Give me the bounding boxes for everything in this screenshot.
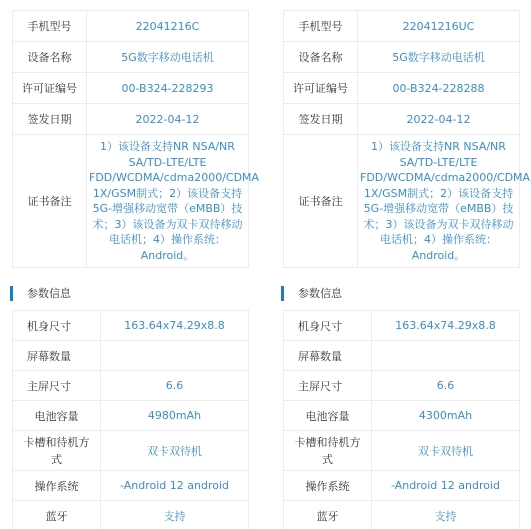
row-label: 手机型号 (284, 11, 358, 42)
table-row: 签发日期2022-04-12 (13, 104, 249, 135)
cert-note: 1）该设备支持NR NSA/NR SA/TD-LTE/LTE FDD/WCDMA… (87, 135, 249, 268)
note-line: Android。 (360, 248, 517, 264)
row-value: 00-B324-228293 (87, 73, 249, 104)
table-row: 证书备注 1）该设备支持NR NSA/NR SA/TD-LTE/LTE FDD/… (13, 135, 249, 268)
row-label: 手机型号 (13, 11, 87, 42)
table-row: 卡槽和待机方式双卡双待机 (284, 431, 520, 471)
row-value: 双卡双待机 (372, 431, 520, 471)
cert-table: 手机型号22041216UC 设备名称5G数字移动电话机 许可证编号00-B32… (283, 10, 520, 268)
table-row: 蓝牙支持 (284, 501, 520, 529)
row-value: 支持 (372, 501, 520, 529)
row-label: 蓝牙 (13, 501, 101, 529)
panel-left: 手机型号22041216C 设备名称5G数字移动电话机 许可证编号00-B324… (12, 10, 249, 529)
section-accent-bar (10, 286, 13, 301)
table-row: 设备名称5G数字移动电话机 (284, 42, 520, 73)
cert-table: 手机型号22041216C 设备名称5G数字移动电话机 许可证编号00-B324… (12, 10, 249, 268)
section-title: 参数信息 (298, 285, 342, 301)
table-row: 证书备注 1）该设备支持NR NSA/NR SA/TD-LTE/LTE FDD/… (284, 135, 520, 268)
row-label: 签发日期 (13, 104, 87, 135)
row-label: 屏幕数量 (13, 341, 101, 371)
row-label: 机身尺寸 (13, 311, 101, 341)
table-row: 电池容量4980mAh (13, 401, 249, 431)
row-value: 5G数字移动电话机 (87, 42, 249, 73)
params-table: 机身尺寸163.64x74.29x8.8 屏幕数量 主屏尺寸6.6 电池容量49… (12, 310, 249, 529)
row-label: 主屏尺寸 (13, 371, 101, 401)
params-table: 机身尺寸163.64x74.29x8.8 屏幕数量 主屏尺寸6.6 电池容量43… (283, 310, 520, 529)
note-line: 术；3）该设备为双卡双待移动 (360, 217, 517, 233)
note-line: 5G-增强移动宽带（eMBB）技 (89, 201, 246, 217)
section-accent-bar (281, 286, 284, 301)
row-value: 22041216C (87, 11, 249, 42)
row-label: 证书备注 (284, 135, 358, 268)
row-label: 证书备注 (13, 135, 87, 268)
row-label: 设备名称 (13, 42, 87, 73)
row-label-line: 式 (284, 451, 371, 468)
row-value: 163.64x74.29x8.8 (101, 311, 249, 341)
row-value: 2022-04-12 (87, 104, 249, 135)
table-row: 主屏尺寸6.6 (13, 371, 249, 401)
row-label-line: 卡槽和待机方 (13, 434, 100, 451)
note-line: 1X/GSM制式；2）该设备支持 (89, 186, 246, 202)
row-label: 操作系统 (284, 471, 372, 501)
row-value (101, 341, 249, 371)
row-label: 机身尺寸 (284, 311, 372, 341)
note-line: SA/TD-LTE/LTE (89, 155, 246, 171)
note-line: SA/TD-LTE/LTE (360, 155, 517, 171)
table-row: 操作系统-Android 12 android (13, 471, 249, 501)
row-label: 电池容量 (284, 401, 372, 431)
row-label: 签发日期 (284, 104, 358, 135)
row-value: 00-B324-228288 (358, 73, 520, 104)
row-value: 双卡双待机 (101, 431, 249, 471)
row-label-line: 式 (13, 451, 100, 468)
cert-note: 1）该设备支持NR NSA/NR SA/TD-LTE/LTE FDD/WCDMA… (358, 135, 520, 268)
row-value: -Android 12 android (101, 471, 249, 501)
table-row: 操作系统-Android 12 android (284, 471, 520, 501)
table-row: 签发日期2022-04-12 (284, 104, 520, 135)
row-label-line: 卡槽和待机方 (284, 434, 371, 451)
row-label: 许可证编号 (284, 73, 358, 104)
row-value: 5G数字移动电话机 (358, 42, 520, 73)
row-label: 主屏尺寸 (284, 371, 372, 401)
row-value: 6.6 (372, 371, 520, 401)
panel-right: 手机型号22041216UC 设备名称5G数字移动电话机 许可证编号00-B32… (283, 10, 520, 529)
row-value: 4300mAh (372, 401, 520, 431)
table-row: 机身尺寸163.64x74.29x8.8 (284, 311, 520, 341)
row-label: 蓝牙 (284, 501, 372, 529)
note-line: 5G-增强移动宽带（eMBB）技 (360, 201, 517, 217)
note-line: FDD/WCDMA/cdma2000/CDMA (89, 170, 246, 186)
row-label: 设备名称 (284, 42, 358, 73)
note-line: 术；3）该设备为双卡双待移动 (89, 217, 246, 233)
row-label: 操作系统 (13, 471, 101, 501)
row-value: -Android 12 android (372, 471, 520, 501)
section-header: 参数信息 (12, 278, 249, 310)
row-value (372, 341, 520, 371)
table-row: 设备名称5G数字移动电话机 (13, 42, 249, 73)
note-line: FDD/WCDMA/cdma2000/CDMA (360, 170, 517, 186)
row-value: 4980mAh (101, 401, 249, 431)
row-value: 22041216UC (358, 11, 520, 42)
table-row: 许可证编号00-B324-228288 (284, 73, 520, 104)
note-line: Android。 (89, 248, 246, 264)
row-value: 6.6 (101, 371, 249, 401)
row-label: 许可证编号 (13, 73, 87, 104)
row-value: 支持 (101, 501, 249, 529)
section-title: 参数信息 (27, 285, 71, 301)
table-row: 机身尺寸163.64x74.29x8.8 (13, 311, 249, 341)
table-row: 手机型号22041216C (13, 11, 249, 42)
note-line: 1）该设备支持NR NSA/NR (89, 139, 246, 155)
note-line: 电话机；4）操作系统： (89, 232, 246, 248)
row-value: 163.64x74.29x8.8 (372, 311, 520, 341)
row-label: 电池容量 (13, 401, 101, 431)
note-line: 电话机；4）操作系统： (360, 232, 517, 248)
table-row: 许可证编号00-B324-228293 (13, 73, 249, 104)
note-line: 1）该设备支持NR NSA/NR (360, 139, 517, 155)
table-row: 卡槽和待机方式双卡双待机 (13, 431, 249, 471)
row-value: 2022-04-12 (358, 104, 520, 135)
table-row: 电池容量4300mAh (284, 401, 520, 431)
row-label: 屏幕数量 (284, 341, 372, 371)
table-row: 屏幕数量 (13, 341, 249, 371)
table-row: 手机型号22041216UC (284, 11, 520, 42)
note-line: 1X/GSM制式；2）该设备支持 (360, 186, 517, 202)
row-label: 卡槽和待机方式 (13, 431, 101, 471)
row-label: 卡槽和待机方式 (284, 431, 372, 471)
table-row: 主屏尺寸6.6 (284, 371, 520, 401)
section-header: 参数信息 (283, 278, 520, 310)
table-row: 屏幕数量 (284, 341, 520, 371)
table-row: 蓝牙支持 (13, 501, 249, 529)
